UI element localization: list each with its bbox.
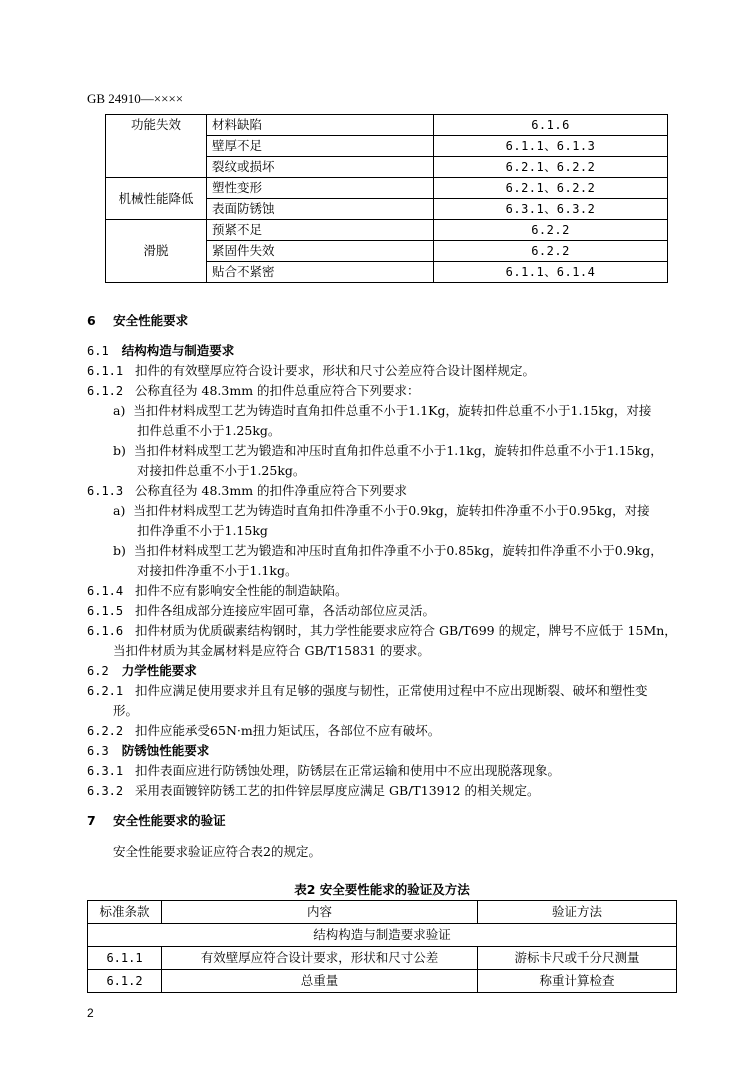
- section-title: 安全性能要求的验证: [113, 813, 226, 828]
- method-cell: 游标卡尺或千分尺测量: [478, 947, 677, 970]
- group-label: 滑脱: [106, 220, 207, 283]
- section-title: 防锈蚀性能要求: [122, 743, 210, 758]
- clause-text: 扣件不应有影响安全性能的制造缺陷。: [135, 583, 348, 598]
- clause-number: 6.3.2: [87, 781, 123, 801]
- list-marker: b): [113, 543, 126, 558]
- item-cell: 材料缺陷: [207, 115, 434, 136]
- ref-cell: 6.1.1、6.1.4: [434, 262, 668, 283]
- clause-6-1-1: 6.1.1 扣件的有效壁厚应符合设计要求，形状和尺寸公差应符合设计图样规定。: [87, 361, 535, 381]
- table-row: 6.1.1 有效壁厚应符合设计要求，形状和尺寸公差 游标卡尺或千分尺测量: [88, 947, 677, 970]
- clause-text: 扣件材质为优质碳素结构钢时，其力学性能要求应符合 GB/T699 的规定，牌号不…: [135, 623, 677, 638]
- clause-6-1-3-a: a) 当扣件材料成型工艺为铸造时直角扣件净重不小于0.9kg，旋转扣件净重不小于…: [113, 501, 650, 521]
- item-cell: 裂纹或损坏: [207, 157, 434, 178]
- content-cell: 总重量: [162, 970, 478, 993]
- table-row: 6.1.2 总重量 称重计算检查: [88, 970, 677, 993]
- clause-text: 扣件的有效壁厚应符合设计要求，形状和尺寸公差应符合设计图样规定。: [135, 363, 535, 378]
- clause-text: 扣件应满足使用要求并且有足够的强度与韧性，正常使用过程中不应出现断裂、破坏和塑性…: [135, 683, 648, 698]
- ref-cell: 6.2.2: [434, 241, 668, 262]
- column-header: 验证方法: [478, 901, 677, 924]
- clause-text: 扣件应能承受65N·m扭力矩试压，各部位不应有破坏。: [135, 723, 440, 738]
- clause-6-1-3-b-cont: 对接扣件净重不小于1.1kg。: [137, 561, 297, 581]
- table-row: 功能失效 材料缺陷 6.1.6: [106, 115, 668, 136]
- clause-number: 6.1.2: [87, 381, 123, 401]
- clause-text: 扣件表面应进行防锈蚀处理，防锈层在正常运输和使用中不应出现脱落现象。: [135, 763, 560, 778]
- clause-6-1-6-cont: 当扣件材质为其金属材料是应符合 GB/T15831 的要求。: [113, 641, 430, 661]
- clause-number: 6.1.6: [87, 621, 123, 641]
- section-title: 结构构造与制造要求: [122, 343, 235, 358]
- content-cell: 有效壁厚应符合设计要求，形状和尺寸公差: [162, 947, 478, 970]
- list-marker: b): [113, 443, 126, 458]
- clause-6-1-3-b: b) 当扣件材料成型工艺为锻造和冲压时直角扣件净重不小于0.85kg，旋转扣件净…: [113, 541, 663, 561]
- section-6-3-heading: 6.3 防锈蚀性能要求: [87, 741, 209, 761]
- method-cell: 称重计算检查: [478, 970, 677, 993]
- clause-number: 6.2.1: [87, 681, 123, 701]
- clause-6-2-2: 6.2.2 扣件应能承受65N·m扭力矩试压，各部位不应有破坏。: [87, 721, 440, 741]
- clause-6-2-1: 6.2.1 扣件应满足使用要求并且有足够的强度与韧性，正常使用过程中不应出现断裂…: [87, 681, 648, 701]
- section-number: 6.1: [87, 341, 109, 361]
- item-cell: 预紧不足: [207, 220, 434, 241]
- clause-6-3-1: 6.3.1 扣件表面应进行防锈蚀处理，防锈层在正常运输和使用中不应出现脱落现象。: [87, 761, 560, 781]
- clause-number: 6.2.2: [87, 721, 123, 741]
- clause-6-1-6: 6.1.6 扣件材质为优质碳素结构钢时，其力学性能要求应符合 GB/T699 的…: [87, 621, 677, 641]
- table-row: 机械性能降低 塑性变形 6.2.1、6.2.2: [106, 178, 668, 199]
- ref-cell: 6.3.1、6.3.2: [434, 199, 668, 220]
- clause-cell: 6.1.2: [88, 970, 162, 993]
- section-title: 力学性能要求: [122, 663, 197, 678]
- clause-6-1-2: 6.1.2 公称直径为 48.3mm 的扣件总重应符合下列要求：: [87, 381, 420, 401]
- ref-cell: 6.1.1、6.1.3: [434, 136, 668, 157]
- list-text: 当扣件材料成型工艺为铸造时直角扣件净重不小于0.9kg，旋转扣件净重不小于0.9…: [133, 503, 649, 518]
- list-text: 当扣件材料成型工艺为锻造和冲压时直角扣件总重不小于1.1kg，旋转扣件总重不小于…: [134, 443, 663, 458]
- section-7-body: 安全性能要求验证应符合表2的规定。: [113, 842, 321, 862]
- list-marker: a): [113, 403, 125, 418]
- clause-6-1-5: 6.1.5 扣件各组成部分连接应牢固可靠，各活动部位应灵活。: [87, 601, 435, 621]
- clause-number: 6.1.5: [87, 601, 123, 621]
- failure-mode-table: 功能失效 材料缺陷 6.1.6 壁厚不足 6.1.1、6.1.3 裂纹或损坏 6…: [105, 114, 668, 283]
- ref-cell: 6.2.2: [434, 220, 668, 241]
- clause-6-1-4: 6.1.4 扣件不应有影响安全性能的制造缺陷。: [87, 581, 348, 601]
- clause-text: 公称直径为 48.3mm 的扣件净重应符合下列要求: [135, 483, 407, 498]
- clause-text: 公称直径为 48.3mm 的扣件总重应符合下列要求：: [135, 383, 420, 398]
- item-cell: 贴合不紧密: [207, 262, 434, 283]
- item-cell: 塑性变形: [207, 178, 434, 199]
- clause-number: 6.1.4: [87, 581, 123, 601]
- table-subheader-row: 结构构造与制造要求验证: [88, 924, 677, 947]
- clause-6-1-3-a-cont: 扣件净重不小于1.15kg: [137, 521, 268, 541]
- clause-text: 采用表面镀锌防锈工艺的扣件锌层厚度应满足 GB/T13912 的相关规定。: [135, 783, 539, 798]
- clause-text: 扣件各组成部分连接应牢固可靠，各活动部位应灵活。: [135, 603, 435, 618]
- clause-number: 6.1.1: [87, 361, 123, 381]
- verification-table: 标准条款 内容 验证方法 结构构造与制造要求验证 6.1.1 有效壁厚应符合设计…: [87, 900, 677, 993]
- subheader-cell: 结构构造与制造要求验证: [88, 924, 677, 947]
- clause-cell: 6.1.1: [88, 947, 162, 970]
- section-number: 7: [87, 813, 96, 828]
- item-cell: 表面防锈蚀: [207, 199, 434, 220]
- column-header: 内容: [162, 901, 478, 924]
- clause-6-1-3: 6.1.3 公称直径为 48.3mm 的扣件净重应符合下列要求: [87, 481, 407, 501]
- section-6-1-heading: 6.1 结构构造与制造要求: [87, 341, 234, 361]
- section-number: 6: [87, 313, 96, 328]
- list-text: 当扣件材料成型工艺为锻造和冲压时直角扣件净重不小于0.85kg，旋转扣件净重不小…: [134, 543, 663, 558]
- table-caption: 表2 安全要性能求的验证及方法: [87, 880, 677, 898]
- item-cell: 壁厚不足: [207, 136, 434, 157]
- ref-cell: 6.2.1、6.2.2: [434, 157, 668, 178]
- clause-6-1-2-b-cont: 对接扣件总重不小于1.25kg。: [137, 461, 305, 481]
- section-title: 安全性能要求: [113, 313, 188, 328]
- group-label: 功能失效: [106, 115, 207, 178]
- list-marker: a): [113, 503, 125, 518]
- group-label: 机械性能降低: [106, 178, 207, 220]
- ref-cell: 6.2.1、6.2.2: [434, 178, 668, 199]
- clause-6-1-2-a: a) 当扣件材料成型工艺为铸造时直角扣件总重不小于1.1Kg，旋转扣件总重不小于…: [113, 401, 651, 421]
- clause-6-1-2-b: b) 当扣件材料成型工艺为锻造和冲压时直角扣件总重不小于1.1kg，旋转扣件总重…: [113, 441, 663, 461]
- clause-number: 6.1.3: [87, 481, 123, 501]
- document-code-header: GB 24910—××××: [87, 91, 183, 107]
- section-6-heading: 6 安全性能要求: [87, 311, 188, 331]
- table-row: 滑脱 预紧不足 6.2.2: [106, 220, 668, 241]
- list-text: 当扣件材料成型工艺为铸造时直角扣件总重不小于1.1Kg，旋转扣件总重不小于1.1…: [133, 403, 651, 418]
- table-header-row: 标准条款 内容 验证方法: [88, 901, 677, 924]
- page-number: 2: [87, 1006, 94, 1020]
- section-number: 6.3: [87, 741, 109, 761]
- section-7-heading: 7 安全性能要求的验证: [87, 811, 226, 831]
- clause-6-2-1-cont: 形。: [113, 701, 138, 721]
- clause-number: 6.3.1: [87, 761, 123, 781]
- section-6-2-heading: 6.2 力学性能要求: [87, 661, 197, 681]
- item-cell: 紧固件失效: [207, 241, 434, 262]
- column-header: 标准条款: [88, 901, 162, 924]
- section-number: 6.2: [87, 661, 109, 681]
- clause-6-1-2-a-cont: 扣件总重不小于1.25kg。: [137, 421, 280, 441]
- ref-cell: 6.1.6: [434, 115, 668, 136]
- clause-6-3-2: 6.3.2 采用表面镀锌防锈工艺的扣件锌层厚度应满足 GB/T13912 的相关…: [87, 781, 539, 801]
